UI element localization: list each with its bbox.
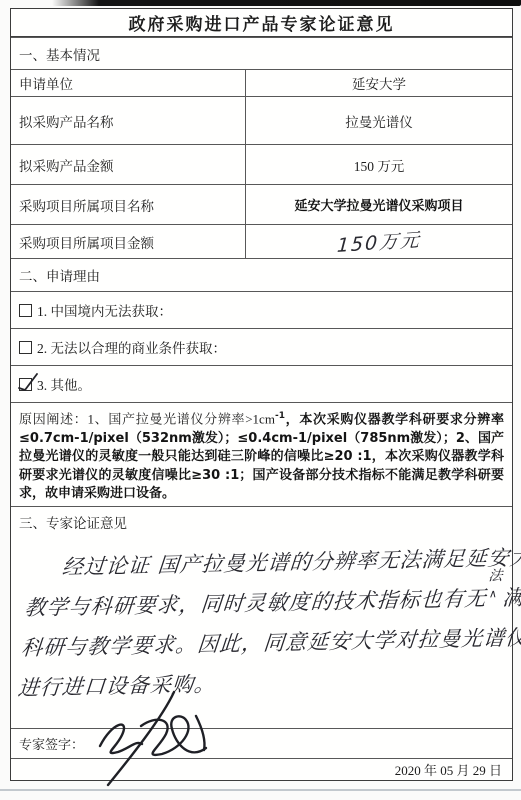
reason-statement-text: 原因阐述：1、国产拉曼光谱仪分辨率>1cm-1，本次采购仪器教学科研要求分辨率≤… [19, 408, 504, 503]
expert-opinion-form: 政府采购进口产品专家论证意见 一、基本情况 申请单位 延安大学 拟采购产品名称 … [10, 8, 513, 781]
field-value: 拉曼光谱仪 [246, 111, 512, 131]
field-label: 拟采购产品名称 [11, 97, 246, 144]
form-title: 政府采购进口产品专家论证意见 [129, 10, 395, 35]
field-label: 采购项目所属项目名称 [11, 185, 246, 224]
option-row-2: 2. 无法以合理的商业条件获取： [11, 328, 512, 365]
row-project-amount: 采购项目所属项目金额 150万元 [11, 224, 512, 258]
handwritten-checkmark-icon [16, 371, 40, 393]
checkbox-icon-unchecked [19, 341, 32, 354]
inserted-character: 法 [488, 569, 504, 583]
form-title-row: 政府采购进口产品专家论证意见 [11, 9, 512, 37]
option-label: 1. 中国境内无法获取： [37, 300, 172, 320]
field-label: 拟采购产品金额 [11, 145, 246, 184]
scan-edge-artifact-bottom [0, 789, 521, 791]
expert-signature-row: 专家签字： [11, 728, 512, 758]
handwritten-line-part: 教学与科研要求，同时灵敏度的技术指标也有无 [24, 586, 488, 620]
checkbox-icon-checked [19, 378, 32, 391]
insertion-mark: 法∧ [486, 595, 503, 605]
reason-statement-cell: 原因阐述：1、国产拉曼光谱仪分辨率>1cm-1，本次采购仪器教学科研要求分辨率≤… [11, 402, 512, 506]
date-text: 2020 年 05 月 29 日 [395, 760, 502, 779]
section-basic-info-heading: 一、基本情况 [11, 37, 512, 69]
handwritten-amount: 150万元 [336, 225, 422, 258]
handwritten-opinion: 经过论证 国产拉曼光谱的分辨率无法满足延安大学的 教学与科研要求，同时灵敏度的技… [16, 538, 514, 708]
reason-superscript: -1 [275, 411, 285, 421]
handwritten-line-part: 满足大学的 [502, 584, 521, 610]
section-heading-text: 二、申请理由 [19, 265, 100, 285]
field-value: 延安大学拉曼光谱仪采购项目 [246, 195, 512, 214]
checkbox-icon-unchecked [19, 304, 32, 317]
field-value: 延安大学 [246, 73, 512, 93]
scan-edge-artifact-top [52, 0, 521, 6]
option-label: 3. 其他。 [37, 374, 91, 394]
date-row: 2020 年 05 月 29 日 [11, 758, 512, 780]
field-label: 申请单位 [11, 70, 246, 96]
row-product-name: 拟采购产品名称 拉曼光谱仪 [11, 96, 512, 144]
row-product-amount: 拟采购产品金额 150 万元 [11, 144, 512, 184]
option-row-1: 1. 中国境内无法获取： [11, 291, 512, 328]
reason-prefix: 原因阐述：1、国产拉曼光谱仪分辨率>1cm [19, 411, 275, 426]
section-heading-text: 一、基本情况 [19, 44, 100, 64]
scanned-document-page: { "colors": { "ink": "#26262d", "border"… [0, 0, 521, 800]
row-applicant-unit: 申请单位 延安大学 [11, 69, 512, 96]
expert-opinion-cell: 三、专家论证意见 经过论证 国产拉曼光谱的分辨率无法满足延安大学的 教学与科研要… [11, 506, 512, 728]
row-project-name: 采购项目所属项目名称 延安大学拉曼光谱仪采购项目 [11, 184, 512, 224]
signature-label: 专家签字： [19, 734, 84, 753]
option-row-3: 3. 其他。 [11, 365, 512, 402]
field-value: 150 万元 [246, 155, 512, 175]
option-label: 2. 无法以合理的商业条件获取： [37, 337, 226, 357]
section-heading-text: 三、专家论证意见 [11, 507, 512, 532]
field-label: 采购项目所属项目金额 [11, 225, 246, 258]
caret-mark: ∧ [489, 589, 499, 599]
section-apply-reason-heading: 二、申请理由 [11, 258, 512, 291]
field-value-handwritten: 150万元 [246, 228, 512, 255]
